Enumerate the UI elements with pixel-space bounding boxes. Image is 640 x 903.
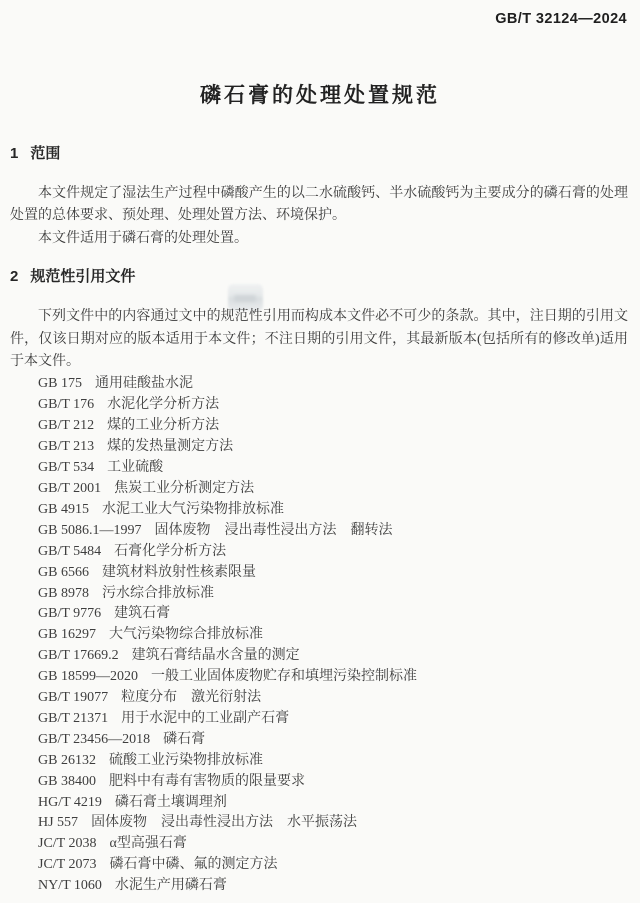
section-2-number: 2 bbox=[10, 266, 18, 287]
reference-code: GB 18599—2020 bbox=[38, 667, 138, 688]
reference-title: 硫酸工业污染物排放标准 bbox=[109, 753, 263, 768]
reference-item: GB 18599—2020一般工业固体废物贮存和填埋污染控制标准 bbox=[38, 667, 628, 688]
reference-item: GB/T 5484石膏化学分析方法 bbox=[38, 542, 628, 563]
reference-item: GB 175通用硅酸盐水泥 bbox=[38, 374, 628, 395]
reference-title: 焦炭工业分析测定方法 bbox=[114, 481, 254, 496]
reference-title: 水泥化学分析方法 bbox=[107, 397, 219, 412]
reference-title: 磷石膏 bbox=[163, 732, 205, 747]
section-1-number: 1 bbox=[10, 143, 18, 164]
document-page: GB/T 32124—2024 磷石膏的处理处置规范 1范围 本文件规定了湿法生… bbox=[0, 0, 640, 903]
reference-item: GB 26132硫酸工业污染物排放标准 bbox=[38, 751, 628, 772]
reference-code: GB 4915 bbox=[38, 500, 89, 521]
applicability-paragraph: 本文件适用于磷石膏的处理处置。 bbox=[10, 228, 628, 250]
reference-item: JC/T 2073磷石膏中磷、氟的测定方法 bbox=[38, 855, 628, 876]
reference-title: 用于水泥中的工业副产石膏 bbox=[121, 711, 289, 726]
reference-item: GB 5086.1—1997固体废物 浸出毒性浸出方法 翻转法 bbox=[38, 521, 628, 542]
reference-item: GB/T 21371用于水泥中的工业副产石膏 bbox=[38, 709, 628, 730]
reference-title: 煤的发热量测定方法 bbox=[107, 439, 233, 454]
reference-title: 水泥工业大气污染物排放标准 bbox=[102, 502, 284, 517]
reference-item: GB/T 19077粒度分布 激光衍射法 bbox=[38, 688, 628, 709]
reference-title: 磷石膏中磷、氟的测定方法 bbox=[109, 857, 277, 872]
reference-item: NY/T 1060水泥生产用磷石膏 bbox=[38, 876, 628, 897]
reference-item: GB/T 212煤的工业分析方法 bbox=[38, 416, 628, 437]
reference-code: GB 5086.1—1997 bbox=[38, 521, 141, 542]
section-1-heading: 1范围 bbox=[10, 143, 628, 164]
reference-code: HG/T 4219 bbox=[38, 793, 102, 814]
reference-title: 石膏化学分析方法 bbox=[114, 544, 226, 559]
reference-title: 建筑石膏结晶水含量的测定 bbox=[132, 648, 300, 663]
reference-title: 工业硫酸 bbox=[107, 460, 163, 475]
reference-title: 水泥生产用磷石膏 bbox=[115, 878, 227, 893]
reference-code: GB 16297 bbox=[38, 625, 96, 646]
reference-title: 固体废物 浸出毒性浸出方法 水平振荡法 bbox=[91, 815, 357, 830]
reference-item: GB/T 2001焦炭工业分析测定方法 bbox=[38, 479, 628, 500]
reference-title: 一般工业固体废物贮存和填埋污染控制标准 bbox=[151, 669, 417, 684]
reference-code: GB/T 534 bbox=[38, 458, 94, 479]
reference-code: GB/T 23456—2018 bbox=[38, 730, 150, 751]
reference-title: 污水综合排放标准 bbox=[102, 586, 214, 601]
reference-title: 肥料中有毒有害物质的限量要求 bbox=[109, 774, 305, 789]
reference-code: GB/T 17669.2 bbox=[38, 646, 119, 667]
reference-code: GB/T 21371 bbox=[38, 709, 108, 730]
reference-code: GB/T 213 bbox=[38, 437, 94, 458]
reference-title: α型高强石膏 bbox=[109, 836, 186, 851]
reference-item: HJ 557固体废物 浸出毒性浸出方法 水平振荡法 bbox=[38, 813, 628, 834]
standard-number: GB/T 32124—2024 bbox=[495, 11, 627, 27]
reference-item: JC/T 2038α型高强石膏 bbox=[38, 834, 628, 855]
reference-code: JC/T 2073 bbox=[38, 855, 96, 876]
reference-title: 通用硅酸盐水泥 bbox=[95, 376, 193, 391]
reference-item: GB/T 9776建筑石膏 bbox=[38, 604, 628, 625]
section-2-heading: 2规范性引用文件 bbox=[10, 266, 628, 287]
reference-code: JC/T 2038 bbox=[38, 834, 96, 855]
reference-code: GB/T 9776 bbox=[38, 604, 101, 625]
reference-code: GB 38400 bbox=[38, 772, 96, 793]
reference-code: GB/T 5484 bbox=[38, 542, 101, 563]
reference-code: GB/T 212 bbox=[38, 416, 94, 437]
section-2-heading-text: 规范性引用文件 bbox=[30, 268, 135, 285]
reference-title: 固体废物 浸出毒性浸出方法 翻转法 bbox=[154, 523, 392, 538]
reference-code: GB/T 19077 bbox=[38, 688, 108, 709]
document-title: 磷石膏的处理处置规范 bbox=[0, 79, 640, 109]
document-content: 1范围 本文件规定了湿法生产过程中磷酸产生的以二水硫酸钙、半水硫酸钙为主要成分的… bbox=[10, 143, 628, 897]
scope-paragraph: 本文件规定了湿法生产过程中磷酸产生的以二水硫酸钙、半水硫酸钙为主要成分的磷石膏的… bbox=[10, 183, 628, 228]
reference-code: GB/T 2001 bbox=[38, 479, 101, 500]
reference-item: GB/T 23456—2018磷石膏 bbox=[38, 730, 628, 751]
reference-code: NY/T 1060 bbox=[38, 876, 102, 897]
section-1-heading-text: 范围 bbox=[30, 145, 60, 162]
reference-title: 磷石膏土壤调理剂 bbox=[115, 795, 227, 810]
reference-title: 大气污染物综合排放标准 bbox=[109, 627, 263, 642]
reference-item: GB/T 213煤的发热量测定方法 bbox=[38, 437, 628, 458]
normative-references-intro-paragraph: 下列文件中的内容通过文中的规范性引用而构成本文件必不可少的条款。其中，注日期的引… bbox=[10, 306, 628, 373]
reference-code: GB 6566 bbox=[38, 563, 89, 584]
reference-item: GB 8978污水综合排放标准 bbox=[38, 584, 628, 605]
reference-title: 建筑材料放射性核素限量 bbox=[102, 565, 256, 580]
reference-item: HG/T 4219磷石膏土壤调理剂 bbox=[38, 793, 628, 814]
reference-code: GB 175 bbox=[38, 374, 82, 395]
reference-title: 建筑石膏 bbox=[114, 606, 170, 621]
reference-item: GB 4915水泥工业大气污染物排放标准 bbox=[38, 500, 628, 521]
reference-code: HJ 557 bbox=[38, 813, 78, 834]
reference-item: GB 6566建筑材料放射性核素限量 bbox=[38, 563, 628, 584]
reference-code: GB/T 176 bbox=[38, 395, 94, 416]
reference-item: GB/T 534工业硫酸 bbox=[38, 458, 628, 479]
reference-item: GB/T 17669.2建筑石膏结晶水含量的测定 bbox=[38, 646, 628, 667]
reference-item: GB 16297大气污染物综合排放标准 bbox=[38, 625, 628, 646]
reference-item: GB 38400肥料中有毒有害物质的限量要求 bbox=[38, 772, 628, 793]
reference-code: GB 8978 bbox=[38, 584, 89, 605]
reference-title: 煤的工业分析方法 bbox=[107, 418, 219, 433]
reference-code: GB 26132 bbox=[38, 751, 96, 772]
reference-item: GB/T 176水泥化学分析方法 bbox=[38, 395, 628, 416]
references-list: GB 175通用硅酸盐水泥 GB/T 176水泥化学分析方法 GB/T 212煤… bbox=[10, 374, 628, 897]
reference-title: 粒度分布 激光衍射法 bbox=[121, 690, 261, 705]
